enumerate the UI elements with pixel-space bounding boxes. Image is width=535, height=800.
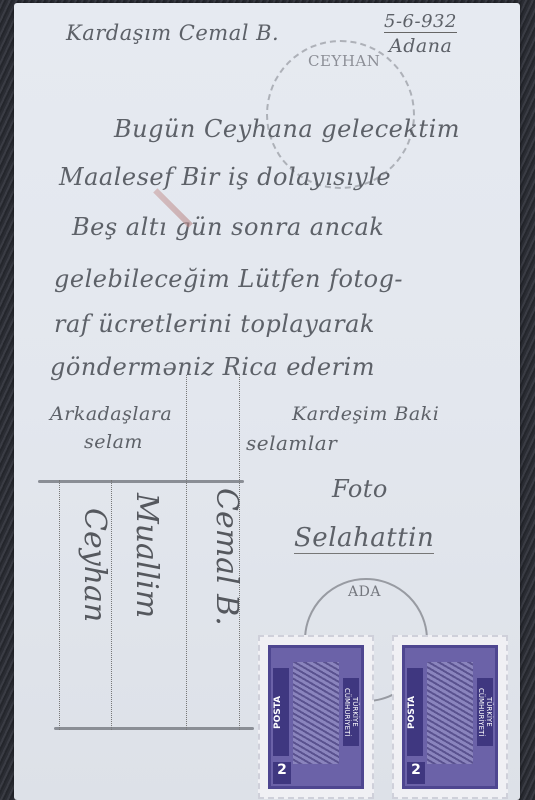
closing-line-1: Kardeşim Baki xyxy=(292,403,439,425)
address-guide-3 xyxy=(186,375,187,730)
date: 5-6-932 xyxy=(384,11,457,33)
body-line-1: Bugün Ceyhana gelecektim xyxy=(114,115,460,143)
signature-name: Selahattin xyxy=(294,523,434,554)
body-line-4: gelebileceğim Lütfen fotog- xyxy=(54,265,403,293)
address-title: Muallim xyxy=(129,493,164,618)
postage-stamp-2: POSTA TÜRKİYE CÜMHURİYETİ 2 xyxy=(392,635,508,799)
postage-stamp-1: POSTA TÜRKİYE CÜMHURİYETİ 2 xyxy=(258,635,374,799)
address-name: Cemal B. xyxy=(209,488,244,626)
signature-foto: Foto xyxy=(332,475,388,503)
address-guide-1 xyxy=(59,480,60,730)
address-top-rule xyxy=(38,480,244,483)
body-line-2: Maalesef Bir iş dolayısıyle xyxy=(59,163,391,191)
body-line-5: raf ücretlerini toplayarak xyxy=(54,310,375,338)
greeting: Kardaşım Cemal B. xyxy=(66,21,279,45)
address-city: Ceyhan xyxy=(77,508,112,622)
closing-line-2: selamlar xyxy=(246,431,337,455)
body-line-3: Beş altı gün sonra ancak xyxy=(72,213,384,241)
address-bottom-rule xyxy=(54,727,254,730)
left-note-line-1: Arkadaşlara xyxy=(50,403,172,425)
body-line-6: gönderməniz Rica ederim xyxy=(50,353,375,381)
left-note-line-2: selam xyxy=(84,431,143,453)
place: Adana xyxy=(389,35,452,57)
postcard: Kardaşım Cemal B. 5-6-932 Adana CEYHAN B… xyxy=(14,3,520,800)
